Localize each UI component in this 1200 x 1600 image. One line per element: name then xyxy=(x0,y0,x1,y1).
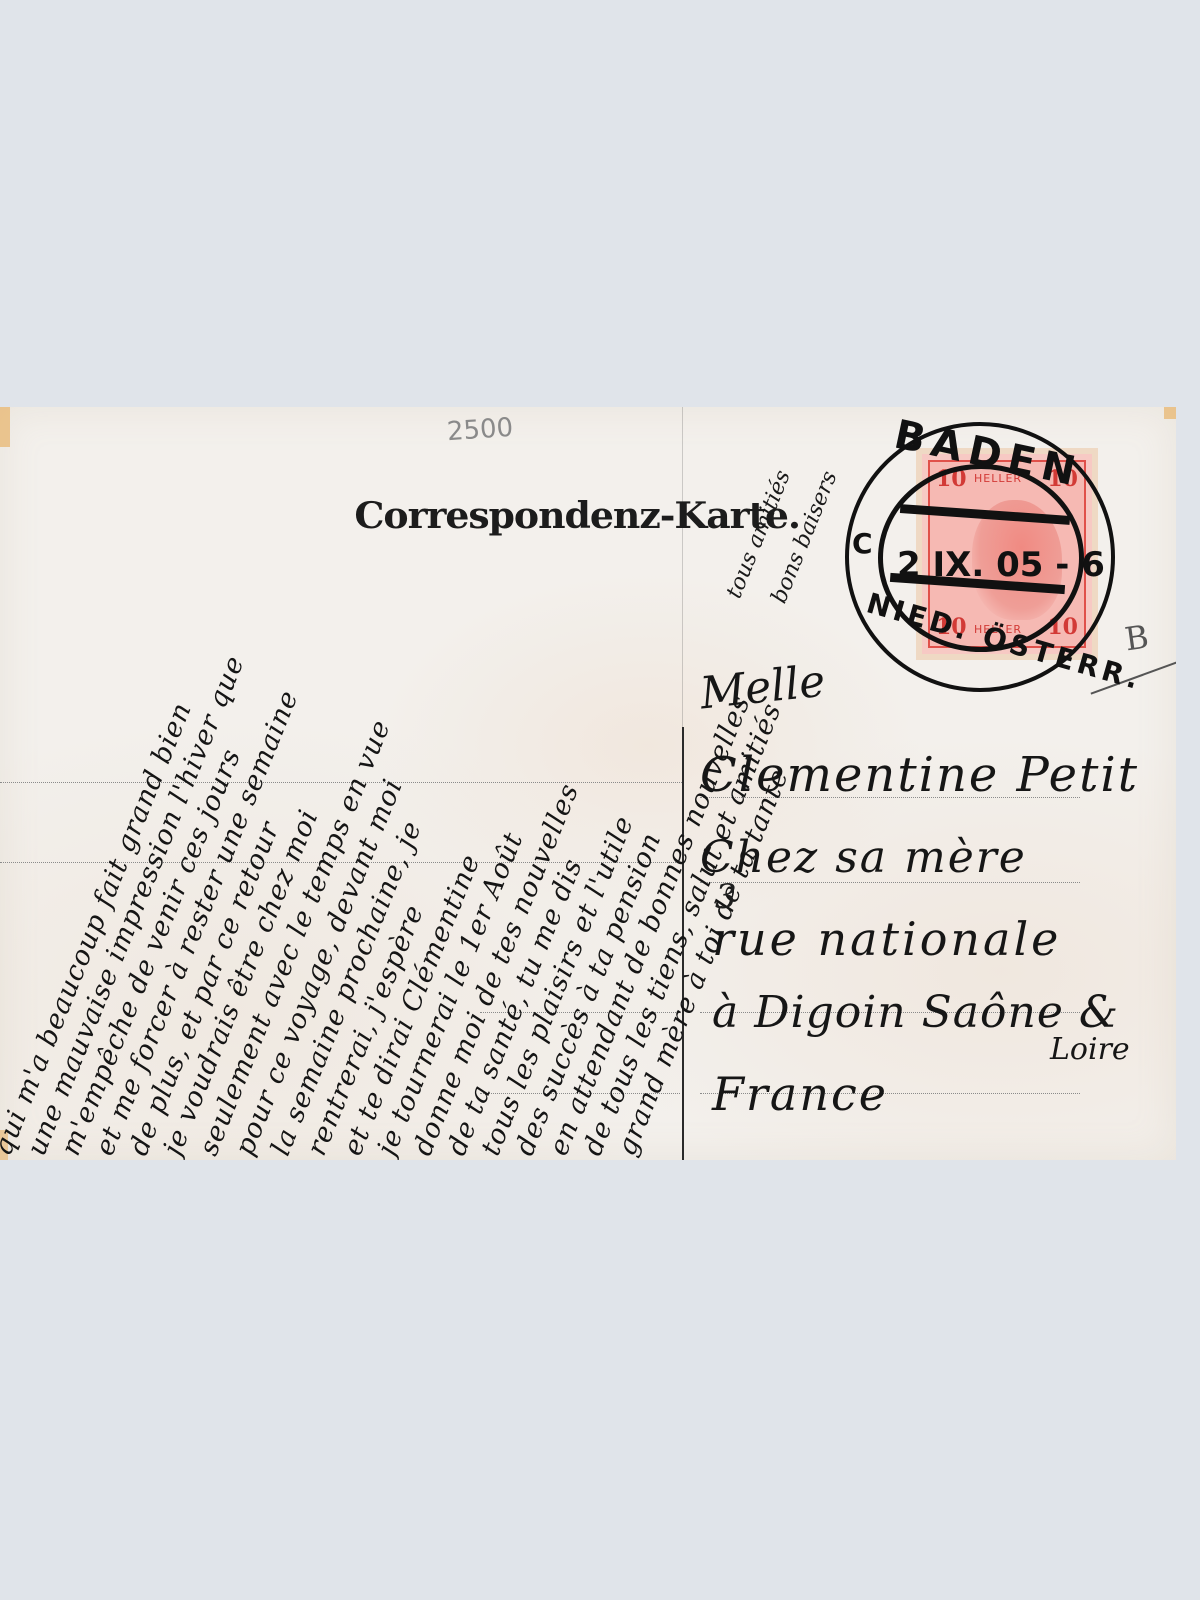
address-street: rue nationale xyxy=(712,912,1061,966)
address-department: Loire xyxy=(1050,1032,1130,1067)
handwritten-message: qui m'a beaucoup fait grand bien une mau… xyxy=(0,407,682,1160)
paper-stain xyxy=(1164,407,1176,419)
address-town: à Digoin Saône & xyxy=(712,987,1119,1038)
divider-line-faint xyxy=(682,407,683,727)
address-recipient: Clementine Petit xyxy=(700,747,1139,803)
pencil-mark: B xyxy=(1122,618,1151,659)
postmark-letter: C xyxy=(852,527,873,560)
postmark-date: 2 IX. 05 - 6 xyxy=(897,545,1105,585)
address-care-of: Chez sa mère xyxy=(700,832,1027,883)
address-salutation: Melle xyxy=(698,656,828,720)
address-mark: 3 xyxy=(715,877,737,917)
address-country: France xyxy=(712,1067,888,1121)
postcard: Correspondenz-Karte. 2500 B qui m'a beau… xyxy=(0,407,1176,1160)
